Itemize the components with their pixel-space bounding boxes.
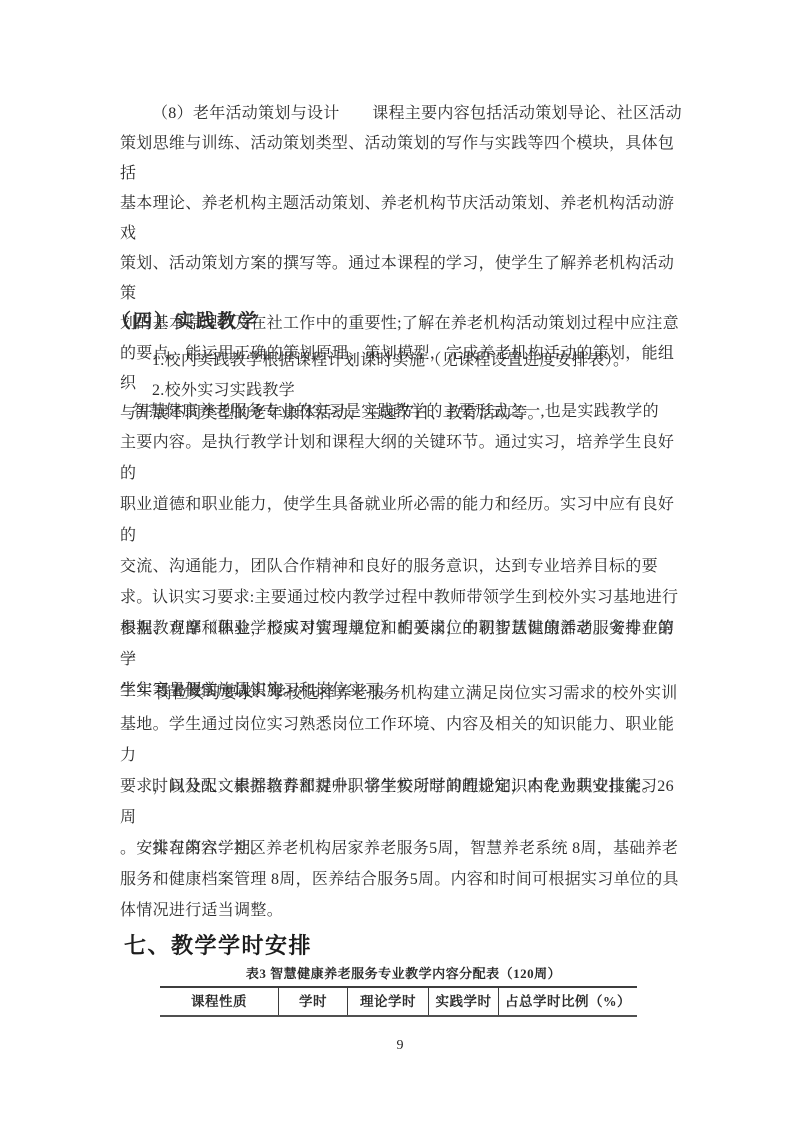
list-item-in-school-practice: 1.校内实践教学根据课程计划课时实施（见课程设置进度安排表）。	[152, 349, 629, 373]
section-heading-practice-teaching: （四）实践教学	[112, 306, 259, 333]
document-page: （8）老年活动策划与设计 课程主要内容包括活动策划导论、社区活动 策划思维与训练…	[0, 0, 800, 1131]
page-number: 9	[0, 1038, 800, 1054]
table-header-cell: 学时	[278, 988, 347, 1015]
table-header-cell: 课程性质	[160, 988, 278, 1015]
table-caption: 表3 智慧健康养老服务专业教学内容分配表（120周）	[120, 963, 687, 982]
table-header-cell: 占总学时比例（%）	[498, 988, 637, 1015]
teaching-hours-table-header-row: 课程性质学时理论学时实践学时占总学时比例（%）	[160, 986, 637, 1017]
section-heading-teaching-hours: 七、教学学时安排	[124, 929, 312, 960]
table-header-cell: 实践学时	[428, 988, 498, 1015]
paragraph-internship-content: 实习内容：社区养老机构居家养老服务5周，智慧养老系统 8周，基础养老 服务和健康…	[120, 833, 687, 926]
table-header-cell: 理论学时	[347, 988, 428, 1015]
